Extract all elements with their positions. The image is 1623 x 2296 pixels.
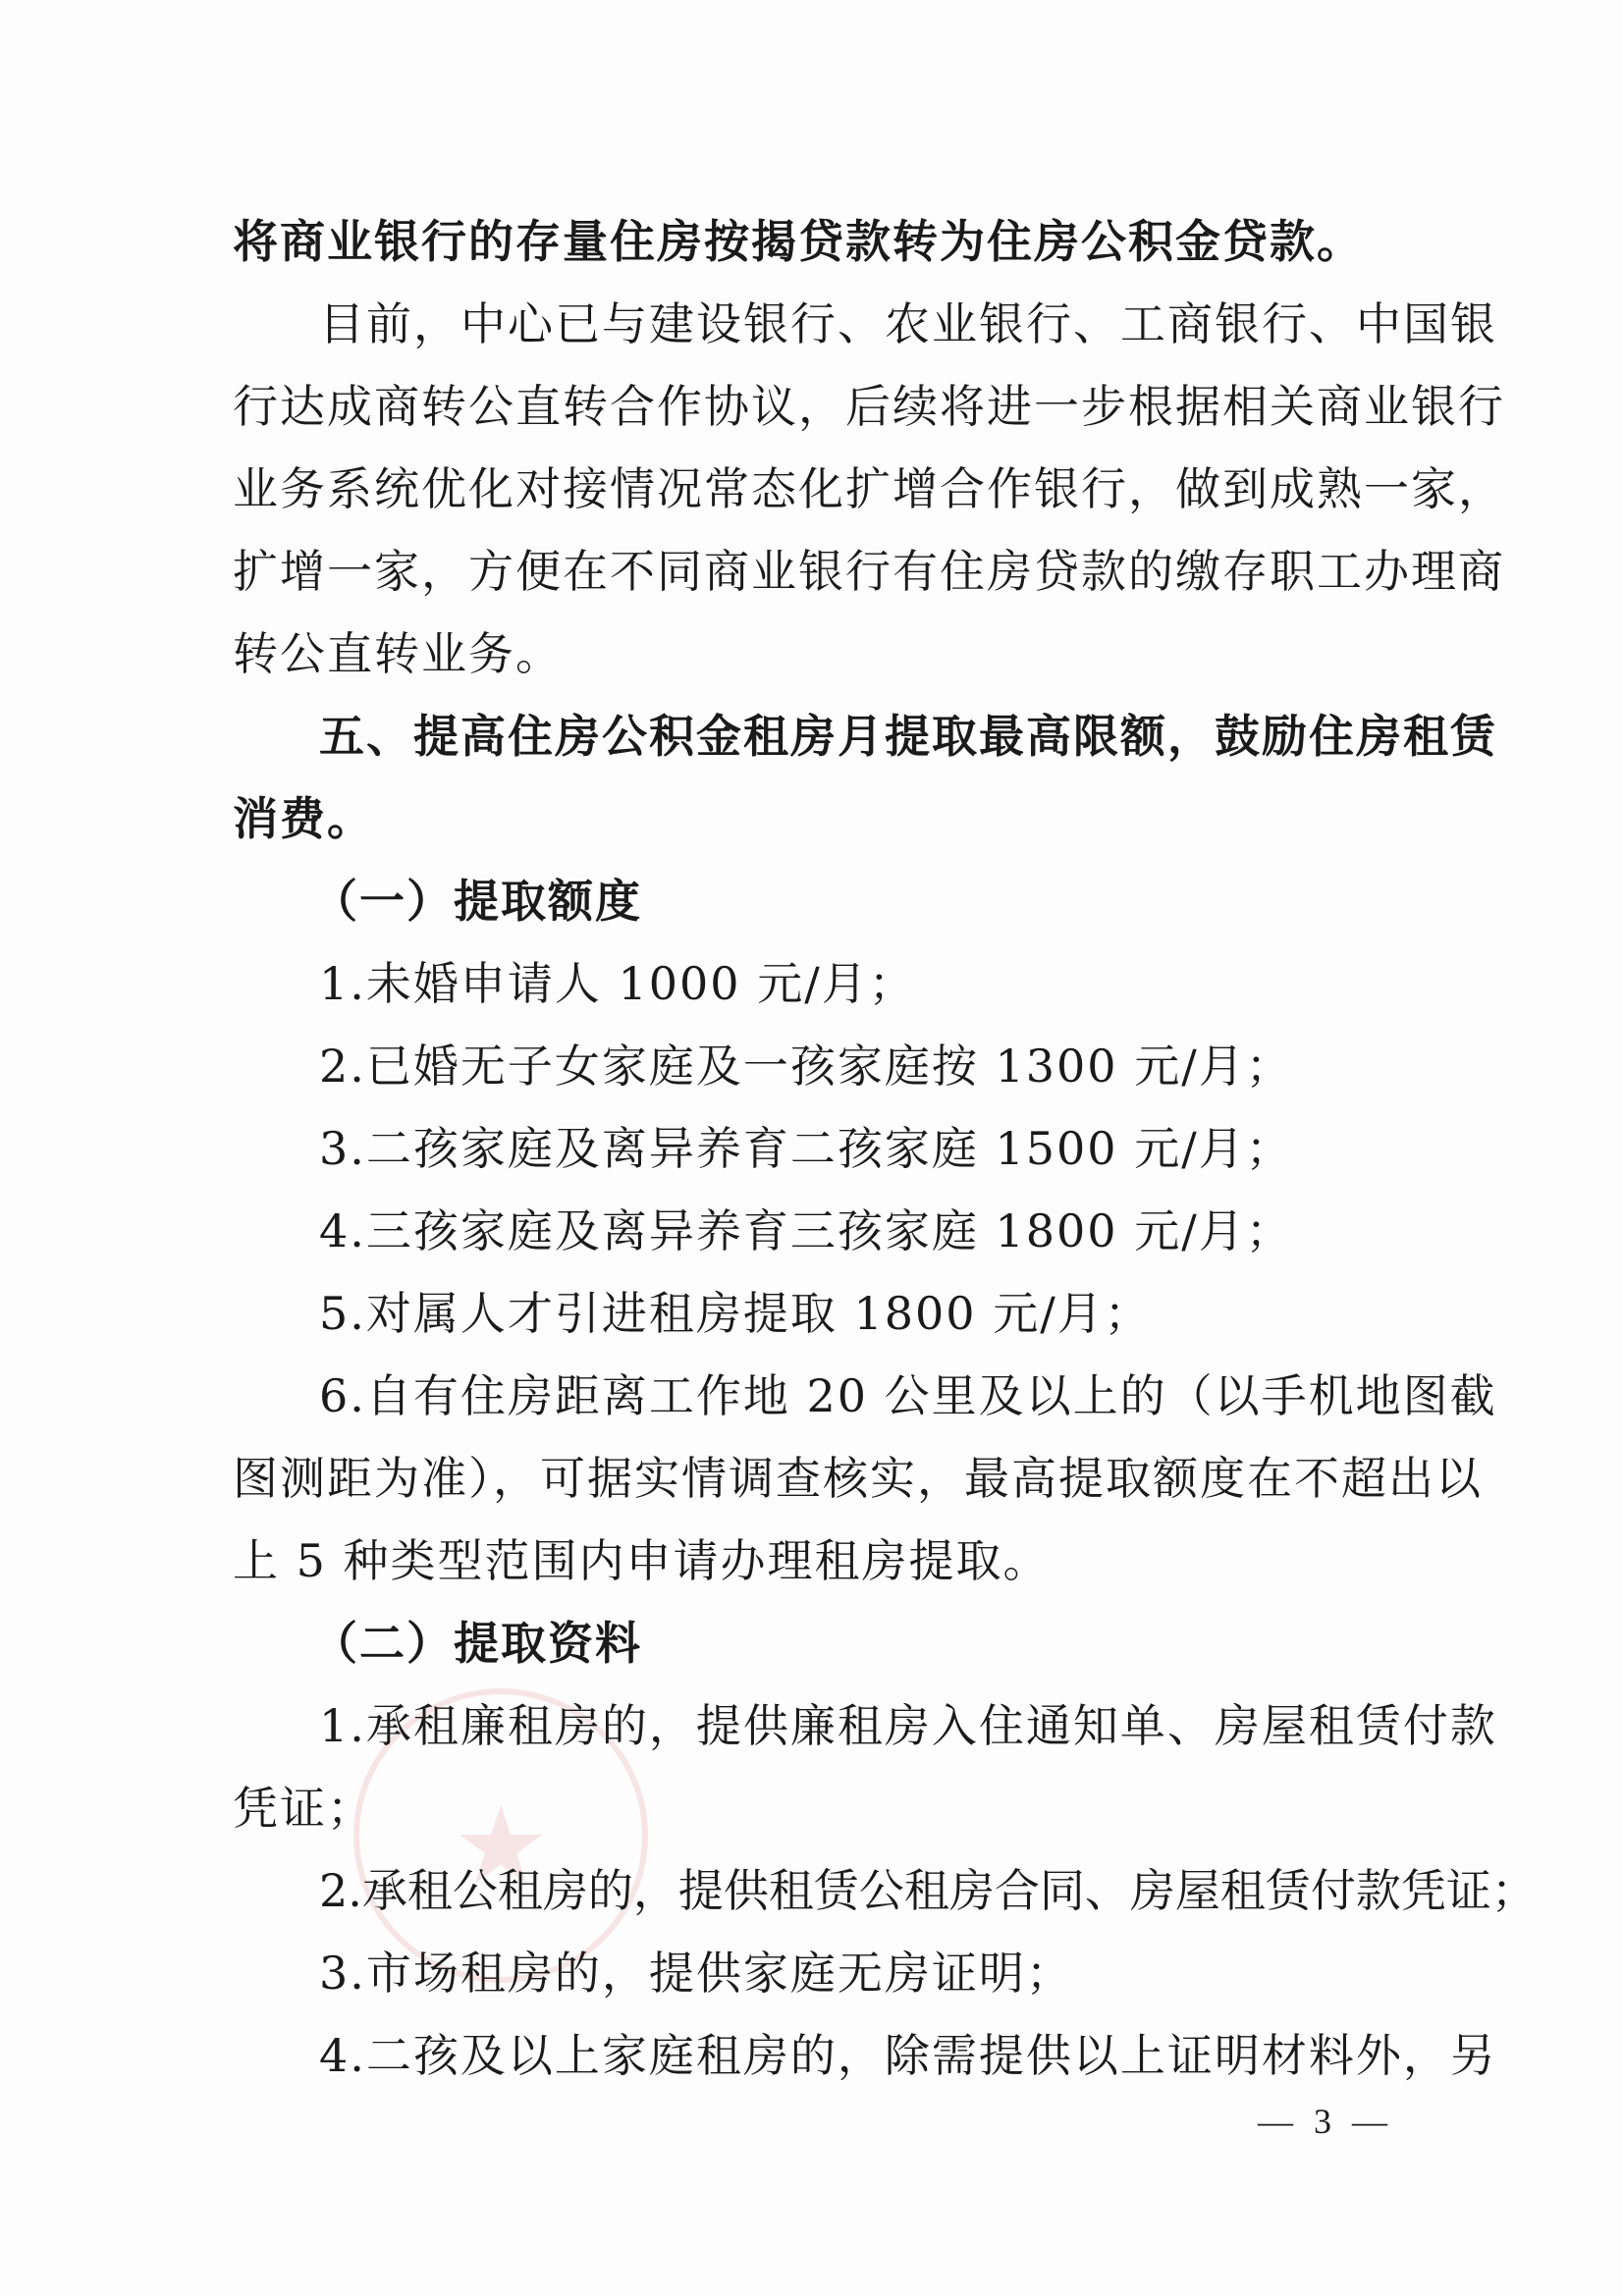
list-item: 4.二孩及以上家庭租房的，除需提供以上证明材料外，另	[319, 2026, 1381, 2085]
paragraph-line: 扩增一家，方便在不同商业银行有住房贷款的缴存职工办理商	[233, 542, 1381, 601]
sub-heading: （二）提取资料	[312, 1614, 1461, 1673]
list-item: 上 5 种类型范围内申请办理租房提取。	[233, 1531, 1381, 1590]
document-page: ★ 将商业银行的存量住房按揭贷款转为住房公积金贷款。 目前，中心已与建设银行、农…	[0, 0, 1623, 2296]
list-item: 3.市场租房的，提供家庭无房证明；	[319, 1944, 1468, 2002]
paragraph-line: 业务系统优化对接情况常态化扩增合作银行，做到成熟一家，	[233, 459, 1381, 518]
paragraph-line: 目前，中心已与建设银行、农业银行、工商银行、中国银	[319, 294, 1381, 353]
list-item: 2.已婚无子女家庭及一孩家庭按 1300 元/月；	[319, 1037, 1468, 1095]
paragraph-line: 转公直转业务。	[233, 624, 1381, 683]
section-heading: 五、提高住房公积金租房月提取最高限额，鼓励住房租赁	[319, 707, 1381, 766]
list-item: 1.承租廉租房的，提供廉租房入住通知单、房屋租赁付款	[319, 1696, 1381, 1755]
sub-heading: （一）提取额度	[312, 872, 1461, 931]
list-item: 3.二孩家庭及离异养育二孩家庭 1500 元/月；	[319, 1119, 1468, 1178]
paragraph-line: 将商业银行的存量住房按揭贷款转为住房公积金贷款。	[233, 212, 1381, 271]
list-item: 6.自有住房距离工作地 20 公里及以上的（以手机地图截	[319, 1366, 1381, 1425]
section-heading: 消费。	[233, 789, 1381, 848]
list-item: 4.三孩家庭及离异养育三孩家庭 1800 元/月；	[319, 1201, 1468, 1260]
paragraph-line: 行达成商转公直转合作协议，后续将进一步根据相关商业银行	[233, 377, 1381, 436]
page-number: — 3 —	[1247, 2101, 1404, 2142]
list-item: 凭证；	[233, 1779, 1381, 1838]
list-item: 图测距为准），可据实情调查核实，最高提取额度在不超出以	[233, 1449, 1381, 1508]
list-item: 1.未婚申请人 1000 元/月；	[319, 954, 1468, 1013]
list-item: 5.对属人才引进租房提取 1800 元/月；	[319, 1284, 1468, 1343]
list-item: 2.承租公租房的，提供租赁公租房合同、房屋租赁付款凭证；	[319, 1861, 1468, 1920]
